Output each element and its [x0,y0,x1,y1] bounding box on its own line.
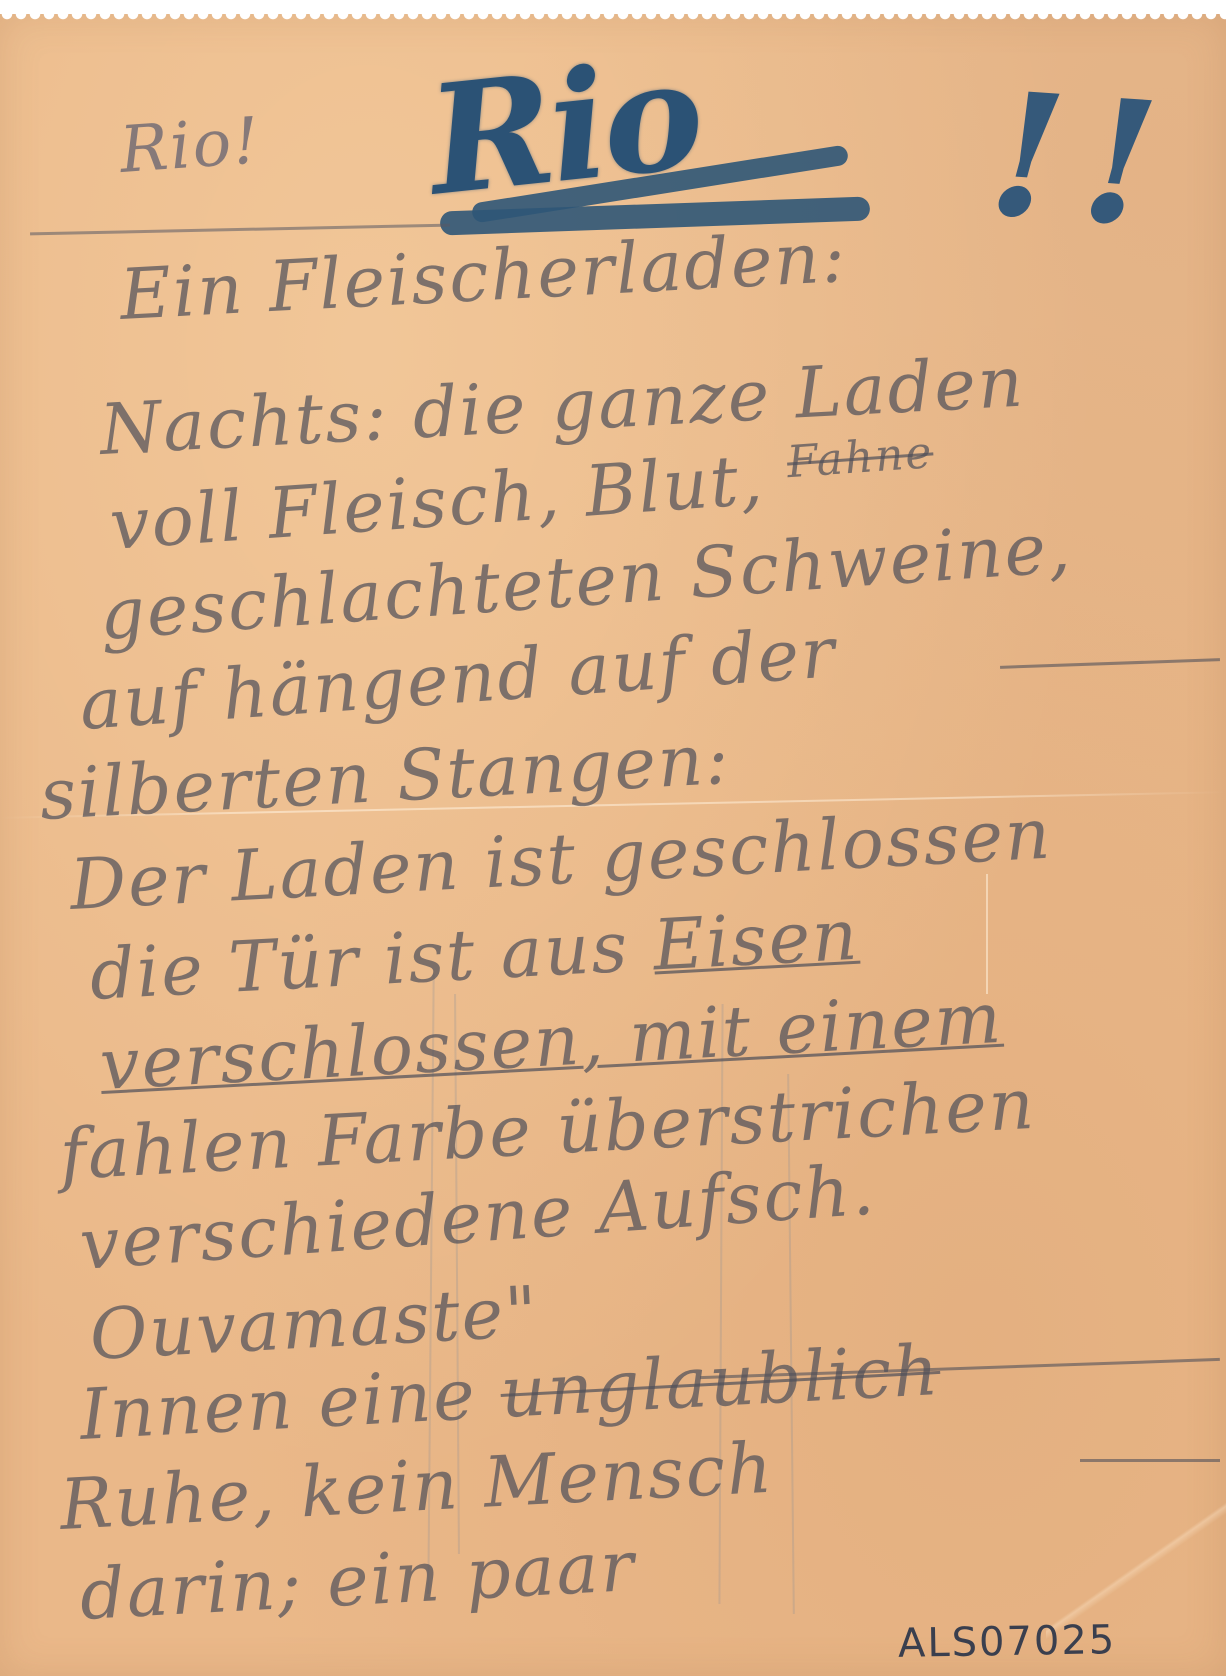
manuscript-line: Ein Fleischerladen: [118,216,849,336]
heading-pencil-rule [30,224,450,236]
heading-exclamations: !! [983,54,1182,266]
pencil-stroke [1080,1459,1220,1462]
underlined-word: Eisen [651,894,861,987]
perforated-edge [0,14,1226,32]
pencil-stroke [1000,658,1220,669]
manuscript-line: darin; ein paar [78,1525,638,1636]
struck-word: Fahne [785,427,935,488]
line-text: darin; ein paar [78,1525,638,1636]
archive-id-label: ALS07025 [898,1617,1117,1667]
line-text: Ein Fleischerladen: [118,216,849,336]
vertical-fold-crease [986,874,988,994]
paper-sheet: Rio! Rio !! Ein Fleischerladen: Nachts: … [0,14,1226,1676]
struck-word: unglaublich [498,1329,942,1434]
heading-crayon-rio: Rio [421,26,708,229]
heading-pencil-rio: Rio! [117,104,263,188]
